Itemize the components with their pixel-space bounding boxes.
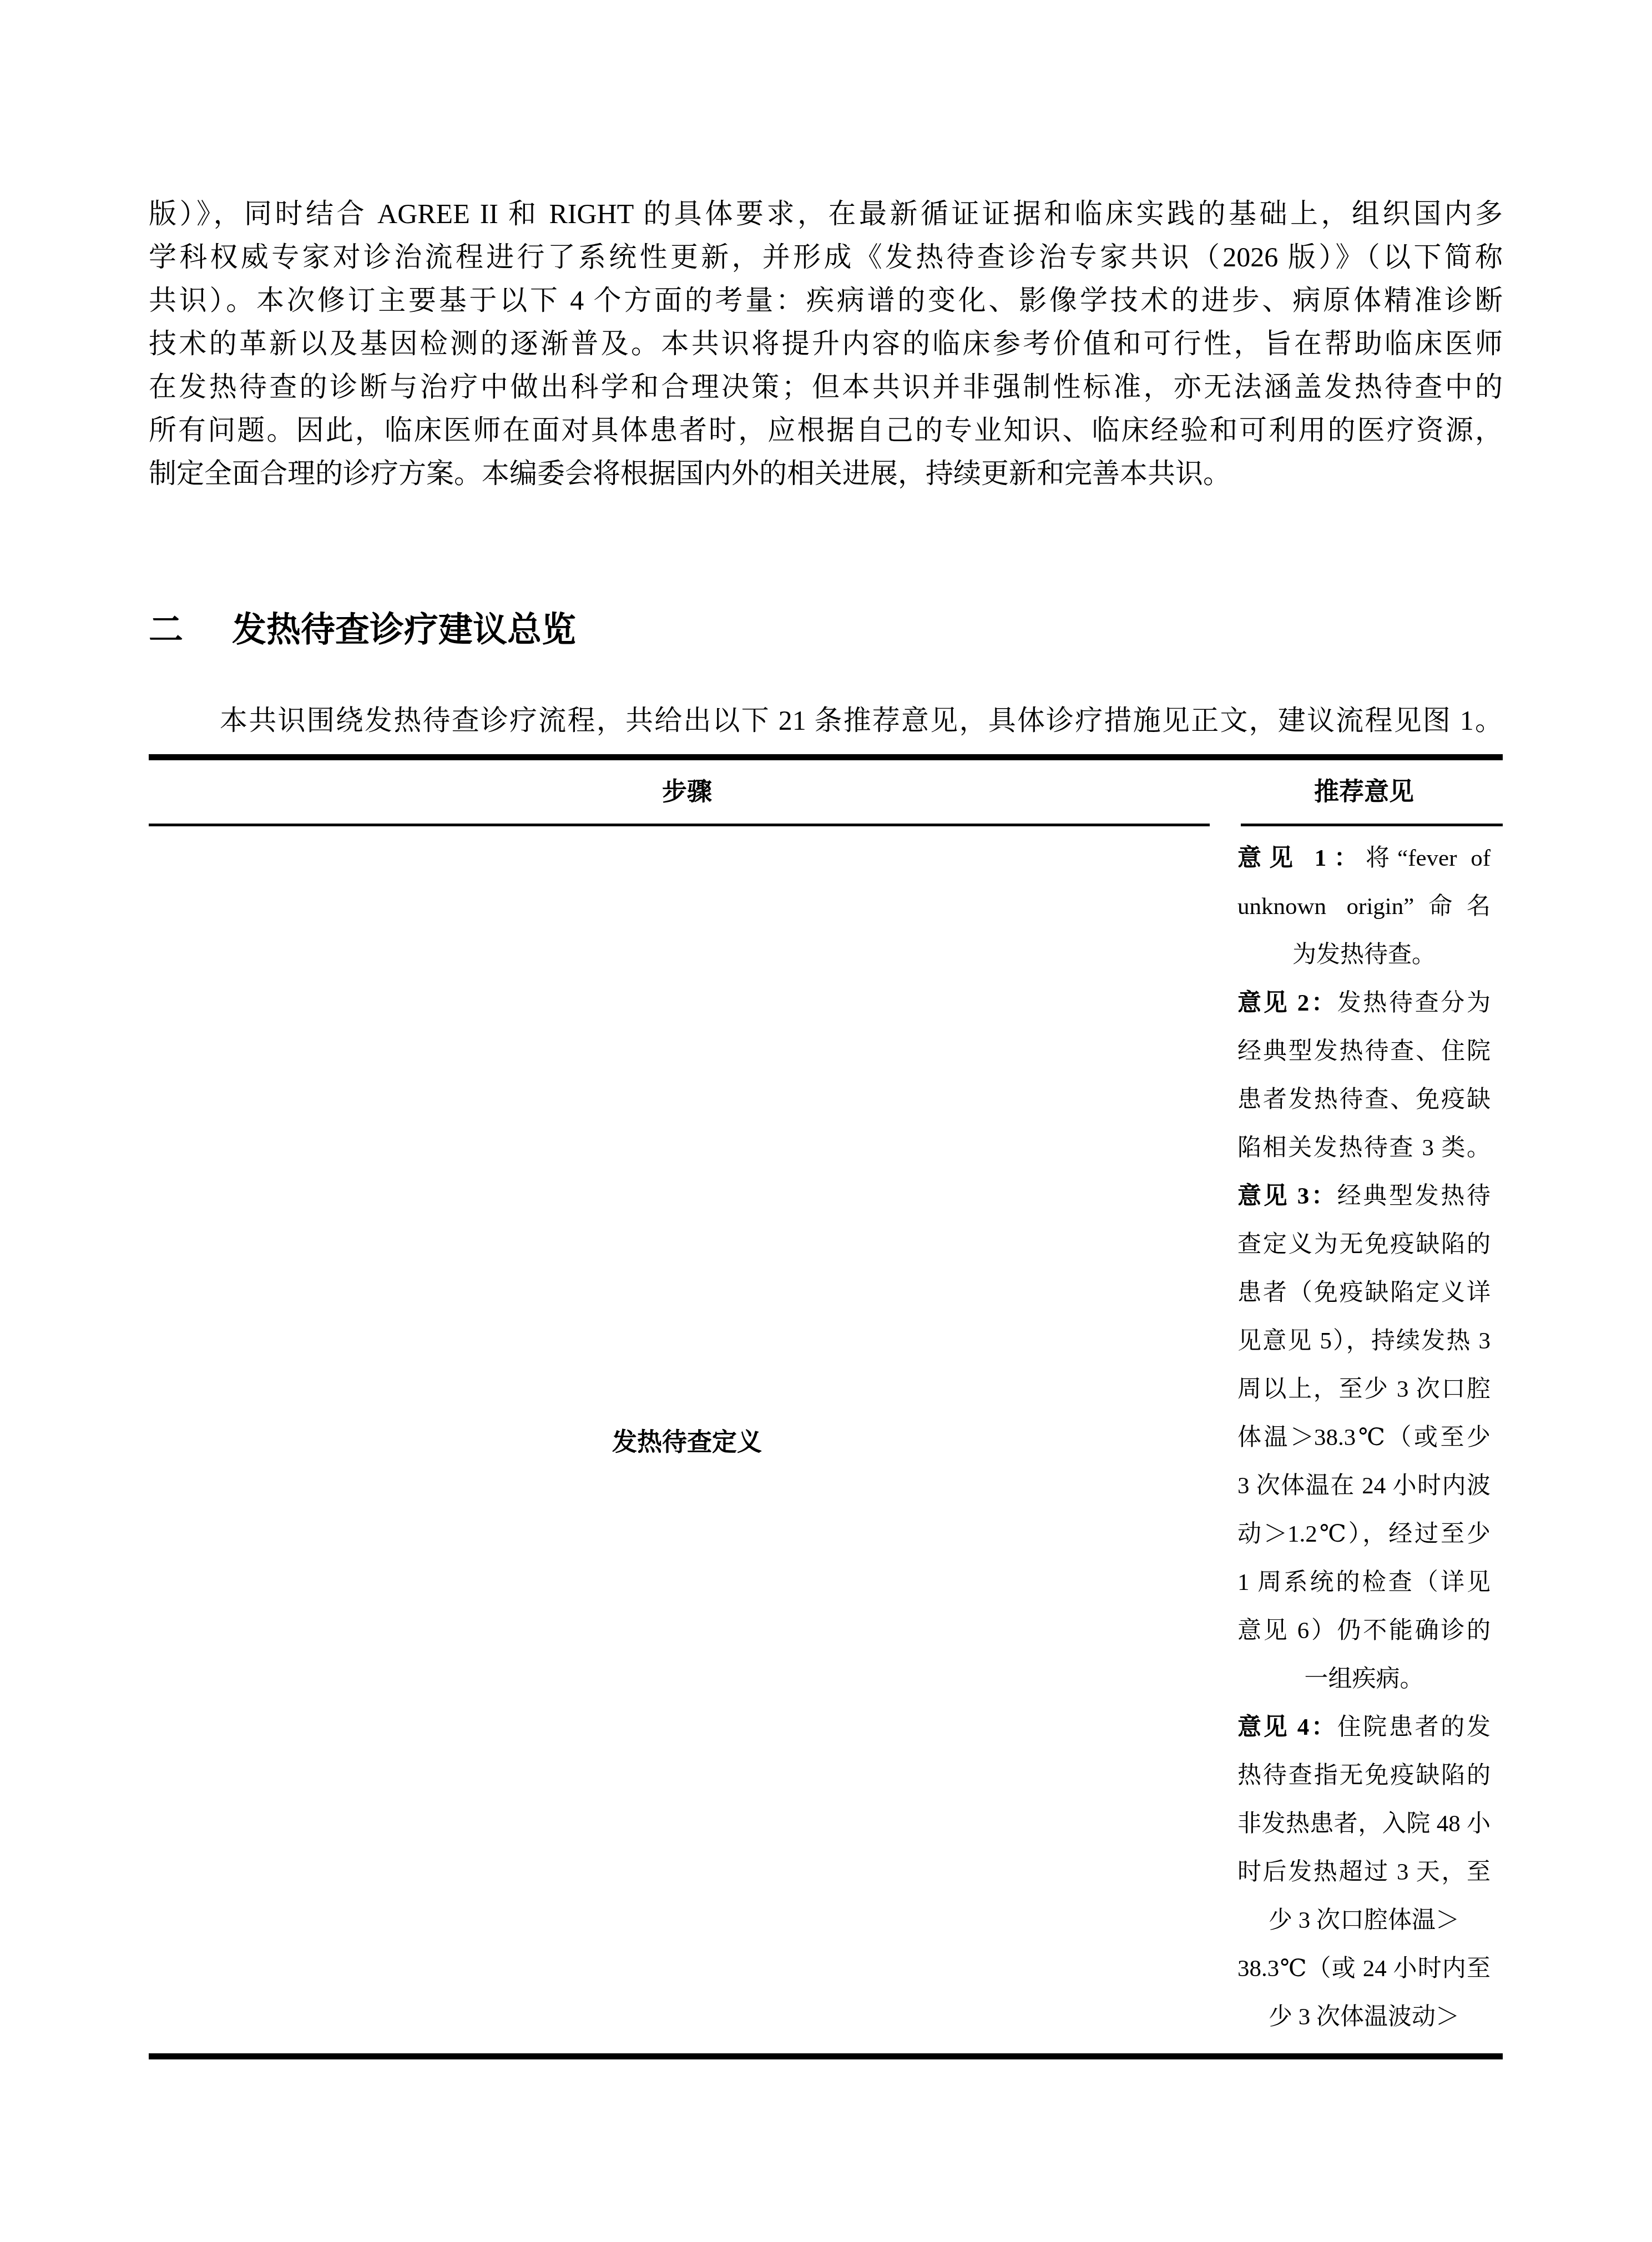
recommendation-line: 体温＞38.3℃（或至少 bbox=[1237, 1413, 1491, 1462]
table-body-row: 发热待查定义 意见 1：将“fever ofunknown origin”命名为… bbox=[149, 826, 1503, 2053]
intro-paragraph-line: 版）》，同时结合 AGREE II 和 RIGHT 的具体要求，在最新循证证据和… bbox=[149, 192, 1503, 235]
intro-paragraph-line: 共识）。本次修订主要基于以下 4 个方面的考量：疾病谱的变化、影像学技术的进步、… bbox=[149, 279, 1503, 322]
recommendation-line: 少 3 次口腔体温＞ bbox=[1237, 1896, 1491, 1945]
header-rule-right-segment bbox=[1241, 824, 1503, 826]
column-header-steps: 步骤 bbox=[149, 760, 1225, 824]
recommendation-line: 意见 3：经典型发热待 bbox=[1237, 1172, 1491, 1220]
intro-paragraph-line: 制定全面合理的诊疗方案。本编委会将根据国内外的相关进展，持续更新和完善本共识。 bbox=[149, 452, 1503, 495]
recommendation-line: 意见 2：发热待查分为 bbox=[1237, 979, 1491, 1027]
recommendation-line: 经典型发热待查、住院 bbox=[1237, 1027, 1491, 1075]
recommendation-line: 为发热待查。 bbox=[1237, 931, 1491, 979]
table-bottom-border bbox=[149, 2053, 1503, 2059]
recommendation-line: 热待查指无免疫缺陷的 bbox=[1237, 1751, 1491, 1800]
recommendation-line: 3 次体温在 24 小时内波 bbox=[1237, 1462, 1491, 1510]
recommendation-line: unknown origin”命名 bbox=[1237, 882, 1491, 931]
section-number: 二 bbox=[149, 611, 183, 649]
recommendation-line: 动＞1.2℃），经过至少 bbox=[1237, 1510, 1491, 1558]
recommendation-line: 38.3℃（或 24 小时内至 bbox=[1237, 1945, 1491, 1993]
intro-paragraph-line: 所有问题。因此，临床医师在面对具体患者时，应根据自己的专业知识、临床经验和可利用… bbox=[149, 408, 1503, 452]
step-label: 发热待查定义 bbox=[612, 1422, 762, 1458]
intro-paragraph: 版）》，同时结合 AGREE II 和 RIGHT 的具体要求，在最新循证证据和… bbox=[149, 192, 1503, 495]
header-rule-left-segment bbox=[149, 824, 1210, 826]
recommendation-line: 意见 4：住院患者的发 bbox=[1237, 1703, 1491, 1751]
recommendation-line: 非发热患者，入院 48 小 bbox=[1237, 1800, 1491, 1848]
table-header-row: 步骤 推荐意见 bbox=[149, 760, 1503, 824]
opinion-label: 意见 2： bbox=[1237, 990, 1337, 1016]
recommendation-line: 意见 1：将“fever of bbox=[1237, 834, 1491, 882]
recommendation-line: 陷相关发热待查 3 类。 bbox=[1237, 1124, 1491, 1172]
section-title: 发热待查诊疗建议总览 bbox=[232, 611, 576, 649]
column-header-recommendations: 推荐意见 bbox=[1225, 760, 1503, 824]
recommendation-line: 周以上，至少 3 次口腔 bbox=[1237, 1365, 1491, 1413]
recommendation-line: 见意见 5），持续发热 3 bbox=[1237, 1317, 1491, 1365]
recommendation-line: 患者（免疫缺陷定义详 bbox=[1237, 1269, 1491, 1317]
table-header-rule bbox=[149, 824, 1503, 826]
section-heading: 二发热待查诊疗建议总览 bbox=[149, 608, 1503, 653]
recommendation-line: 患者发热待查、免疫缺 bbox=[1237, 1075, 1491, 1124]
recommendations-table: 步骤 推荐意见 发热待查定义 意见 1：将“fever ofunknown or… bbox=[149, 754, 1503, 2059]
overview-paragraph: 本共识围绕发热待查诊疗流程，共给出以下 21 条推荐意见，具体诊疗措施见正文，建… bbox=[149, 698, 1503, 743]
document-page: 版）》，同时结合 AGREE II 和 RIGHT 的具体要求，在最新循证证据和… bbox=[0, 0, 1652, 2242]
opinion-label: 意见 3： bbox=[1237, 1183, 1337, 1209]
intro-paragraph-line: 学科权威专家对诊治流程进行了系统性更新，并形成《发热待查诊治专家共识（2026 … bbox=[149, 235, 1503, 279]
recommendation-line: 查定义为无免疫缺陷的 bbox=[1237, 1220, 1491, 1269]
table-top-border bbox=[149, 754, 1503, 760]
intro-paragraph-line: 在发热待查的诊断与治疗中做出科学和合理决策；但本共识并非强制性标准，亦无法涵盖发… bbox=[149, 365, 1503, 408]
recommendation-line: 少 3 次体温波动＞ bbox=[1237, 1993, 1491, 2041]
opinion-label: 意见 1： bbox=[1237, 845, 1366, 871]
step-cell: 发热待查定义 bbox=[149, 826, 1225, 2053]
opinion-label: 意见 4： bbox=[1237, 1714, 1337, 1740]
recommendation-cell: 意见 1：将“fever ofunknown origin”命名为发热待查。意见… bbox=[1225, 826, 1503, 2053]
intro-paragraph-line: 技术的革新以及基因检测的逐渐普及。本共识将提升内容的临床参考价值和可行性，旨在帮… bbox=[149, 322, 1503, 365]
recommendation-line: 1 周系统的检查（详见 bbox=[1237, 1558, 1491, 1607]
recommendation-line: 时后发热超过 3 天，至 bbox=[1237, 1848, 1491, 1896]
recommendation-line: 意见 6）仍不能确诊的 bbox=[1237, 1607, 1491, 1655]
recommendation-line: 一组疾病。 bbox=[1237, 1655, 1491, 1703]
